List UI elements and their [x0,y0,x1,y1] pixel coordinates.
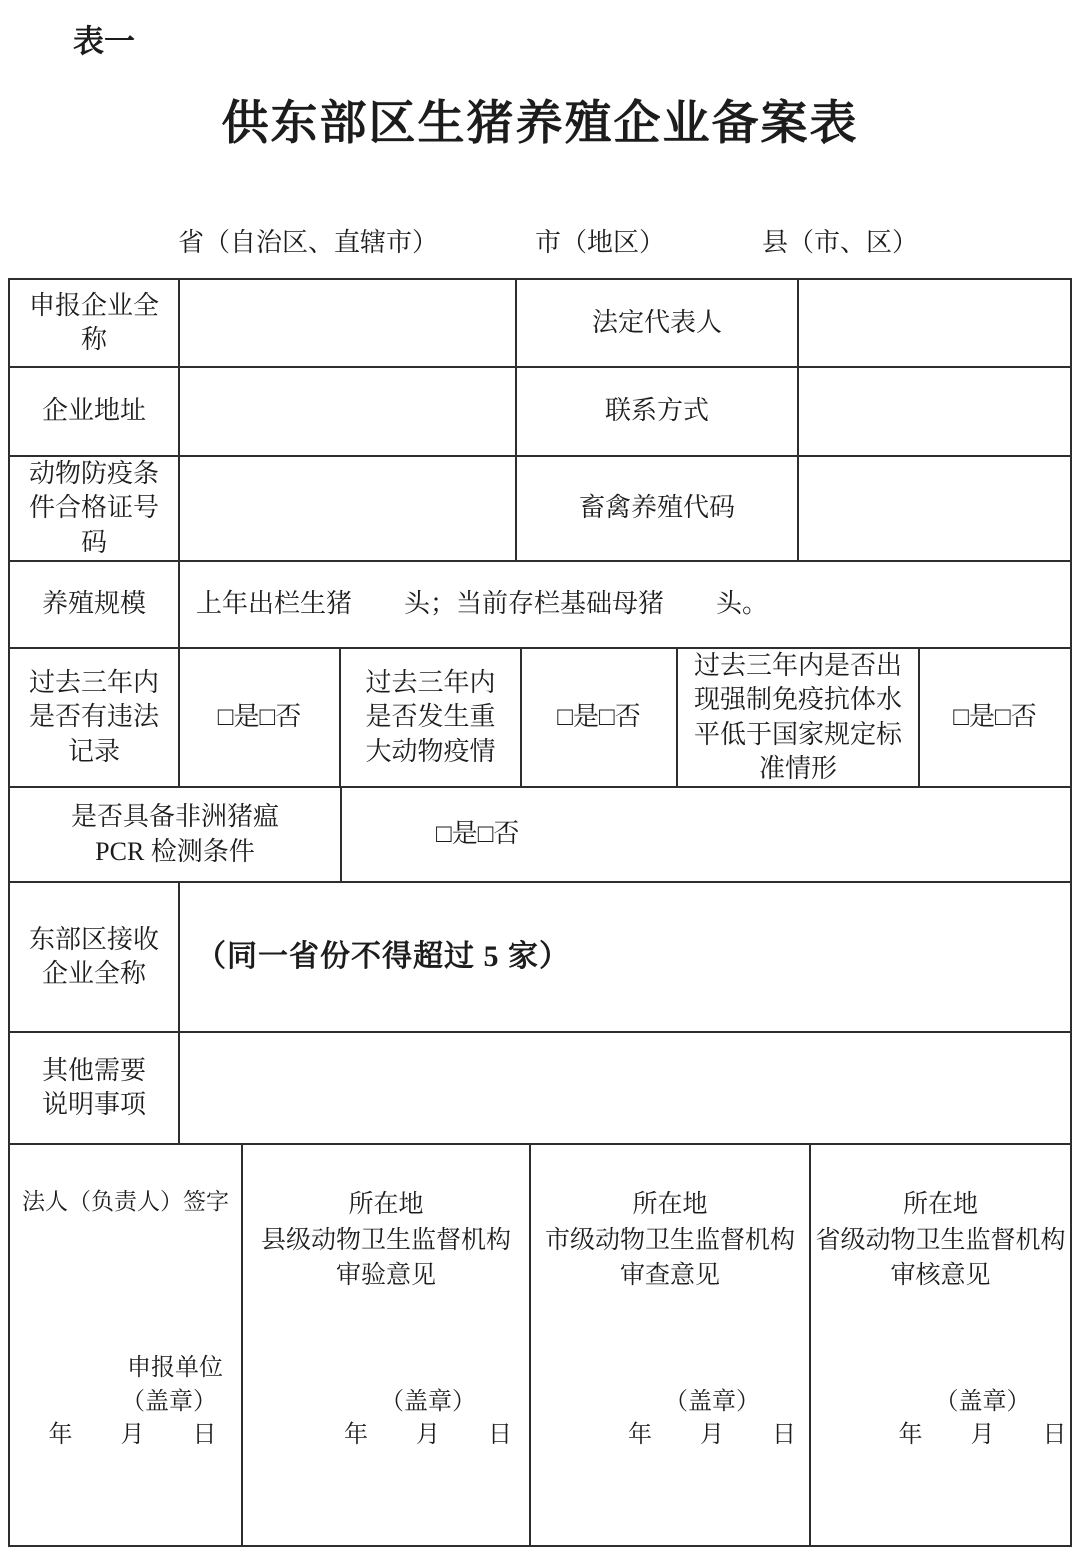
scale-label: 养殖规模 [10,562,180,647]
epidemic-cert-input[interactable] [180,457,517,560]
county-opinion-label: 所在地 县级动物卫生监督机构 审验意见 [243,1187,529,1294]
row-pcr: 是否具备非洲猪瘟 PCR 检测条件 □是□否 [10,788,1070,883]
applicant-stamp-block: 申报单位 （盖章） 年 月 日 [10,1352,241,1453]
contact-label: 联系方式 [517,368,799,455]
legal-person-signature-cell[interactable]: 法人（负责人）签字 申报单位 （盖章） 年 月 日 [10,1145,243,1545]
pcr-condition-checkboxes[interactable]: □是□否 [342,788,1070,881]
applicant-name-label: 申报企业全 称 [10,280,180,366]
illegal-record-label: 过去三年内 是否有违法 记录 [10,649,180,786]
other-notes-input[interactable] [180,1033,1070,1143]
region-line: 省（自治区、直辖市） 市（地区） 县（市、区） [0,222,1080,256]
receiver-name-label: 东部区接收 企业全称 [10,883,180,1031]
applicant-date-line: 年 月 日 [10,1419,241,1453]
region-city-label: 市（地区） [535,222,665,259]
city-seal-label: （盖章） [573,1386,851,1420]
province-date-line: 年 月 日 [853,1419,1080,1453]
contact-input[interactable] [799,368,1070,455]
row-address: 企业地址 联系方式 [10,368,1070,457]
county-opinion-cell[interactable]: 所在地 县级动物卫生监督机构 审验意见 （盖章） 年 月 日 [243,1145,531,1545]
row-certificates: 动物防疫条 件合格证号 码 畜禽养殖代码 [10,457,1070,562]
major-epidemic-checkboxes[interactable]: □是□否 [522,649,678,786]
antibody-standard-label: 过去三年内是否出 现强制免疫抗体水 平低于国家规定标 准情形 [678,649,920,786]
province-opinion-cell[interactable]: 所在地 省级动物卫生监督机构 审核意见 （盖章） 年 月 日 [811,1145,1070,1545]
province-seal-label: （盖章） [853,1386,1080,1420]
form-title: 供东部区生猪养殖企业备案表 [0,86,1080,153]
row-other-notes: 其他需要 说明事项 [10,1033,1070,1145]
illegal-record-checkboxes[interactable]: □是□否 [180,649,341,786]
applicant-unit-label: 申报单位 [10,1352,241,1386]
applicant-seal-label: （盖章） [10,1386,241,1420]
city-date-line: 年 月 日 [573,1419,851,1453]
region-county-label: 县（市、区） [762,222,918,259]
region-province-label: 省（自治区、直辖市） [178,222,438,259]
legal-rep-input[interactable] [799,280,1070,366]
legal-rep-label: 法定代表人 [517,280,799,366]
registration-form-page: 表一 供东部区生猪养殖企业备案表 省（自治区、直辖市） 市（地区） 县（市、区）… [0,0,1080,1554]
breeding-code-input[interactable] [799,457,1070,560]
city-stamp-block: （盖章） 年 月 日 [573,1386,851,1453]
city-opinion-label: 所在地 市级动物卫生监督机构 审查意见 [531,1187,809,1294]
city-opinion-cell[interactable]: 所在地 市级动物卫生监督机构 审查意见 （盖章） 年 月 日 [531,1145,811,1545]
antibody-standard-checkboxes[interactable]: □是□否 [920,649,1070,786]
applicant-name-input[interactable] [180,280,517,366]
epidemic-cert-label: 动物防疫条 件合格证号 码 [10,457,180,560]
row-applicant-name: 申报企业全 称 法定代表人 [10,280,1070,368]
row-three-year-questions: 过去三年内 是否有违法 记录 □是□否 过去三年内 是否发生重 大动物疫情 □是… [10,649,1070,788]
county-date-line: 年 月 日 [285,1419,571,1453]
province-stamp-block: （盖章） 年 月 日 [853,1386,1080,1453]
address-input[interactable] [180,368,517,455]
county-seal-label: （盖章） [285,1386,571,1420]
major-epidemic-label: 过去三年内 是否发生重 大动物疫情 [341,649,522,786]
registration-table: 申报企业全 称 法定代表人 企业地址 联系方式 动物防疫条 件合格证号 码 畜禽… [8,278,1072,1547]
row-signatures: 法人（负责人）签字 申报单位 （盖章） 年 月 日 所在地 县级动物卫生监督机构… [10,1145,1070,1545]
province-opinion-label: 所在地 省级动物卫生监督机构 审核意见 [811,1187,1070,1294]
row-scale: 养殖规模 上年出栏生猪 头；当前存栏基础母猪 头。 [10,562,1070,649]
breeding-code-label: 畜禽养殖代码 [517,457,799,560]
scale-value[interactable]: 上年出栏生猪 头；当前存栏基础母猪 头。 [180,562,1070,647]
pcr-condition-label: 是否具备非洲猪瘟 PCR 检测条件 [10,788,342,881]
other-notes-label: 其他需要 说明事项 [10,1033,180,1143]
receiver-name-input[interactable]: （同一省份不得超过 5 家） [180,883,1070,1031]
county-stamp-block: （盖章） 年 月 日 [285,1386,571,1453]
legal-person-signature-label: 法人（负责人）签字 [10,1187,241,1217]
address-label: 企业地址 [10,368,180,455]
row-receiver: 东部区接收 企业全称 （同一省份不得超过 5 家） [10,883,1070,1033]
form-number: 表一 [73,16,135,61]
